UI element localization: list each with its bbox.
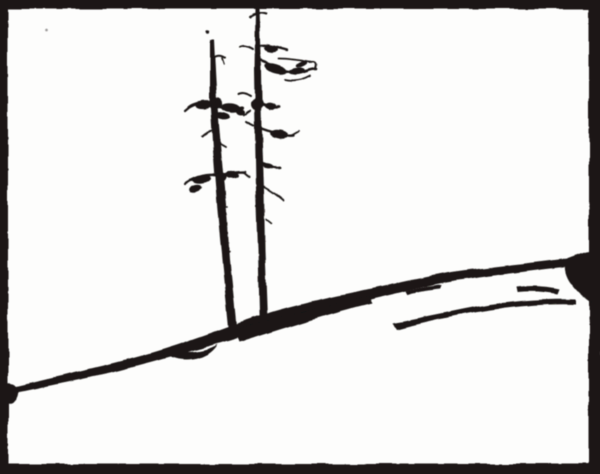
illustration-canvas — [0, 0, 600, 474]
print-speck — [45, 29, 48, 32]
illustration-page — [0, 0, 600, 474]
left-pine-top-speck — [205, 30, 208, 33]
